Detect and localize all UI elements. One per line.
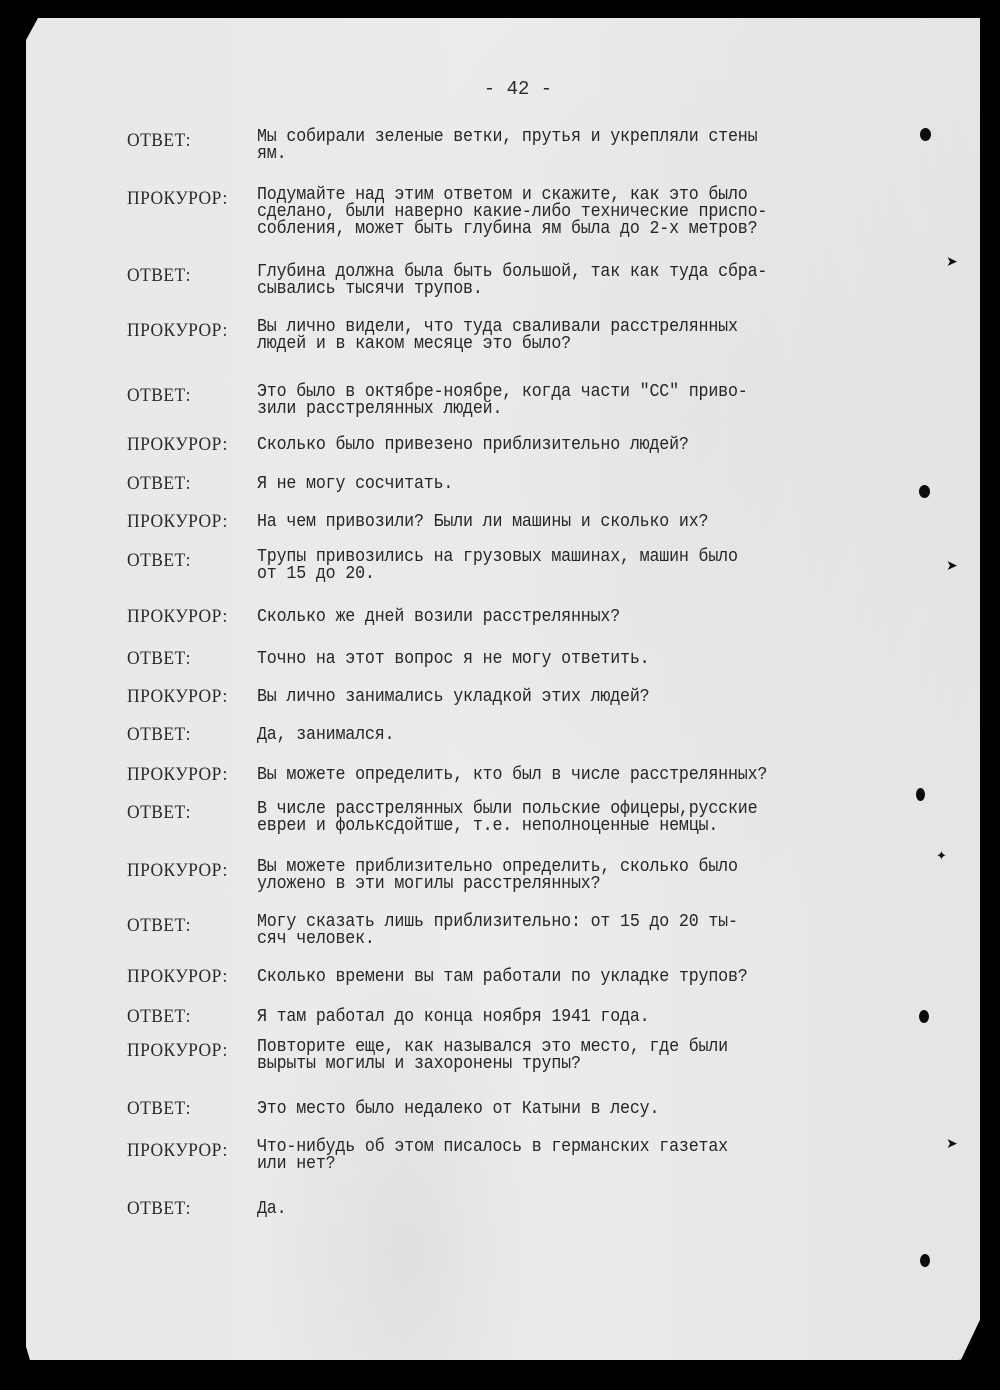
speaker-label: ПРОКУРОР: xyxy=(127,322,247,352)
entry-text: Я там работал до конца ноября 1941 года. xyxy=(257,1008,878,1025)
speaker-label: ОТВЕТ: xyxy=(127,650,247,667)
speaker-label: ПРОКУРОР: xyxy=(127,1142,247,1172)
transcript-entry: ОТВЕТ:Я там работал до конца ноября 1941… xyxy=(127,1008,947,1025)
speaker-label: ОТВЕТ: xyxy=(127,1100,247,1117)
entry-text: Это было в октябре-ноябре, когда части "… xyxy=(257,383,878,417)
transcript-entry: ОТВЕТ:Могу сказать лишь приблизительно: … xyxy=(127,913,947,947)
entry-text: Да, занимался. xyxy=(257,726,878,743)
transcript-entry: ПРОКУРОР:Вы лично видели, что туда свали… xyxy=(127,318,947,352)
speaker-label: ОТВЕТ: xyxy=(127,387,247,417)
speaker-label: ПРОКУРОР: xyxy=(127,608,247,625)
transcript-entry: ОТВЕТ:Я не могу сосчитать. xyxy=(127,475,947,492)
speaker-label: ПРОКУРОР: xyxy=(127,766,247,783)
transcript-entry: ОТВЕТ:Точно на этот вопрос я не могу отв… xyxy=(127,650,947,667)
transcript-entry: ПРОКУРОР:Сколько времени вы там работали… xyxy=(127,968,947,985)
entry-text: Что-нибудь об этом писалось в германских… xyxy=(257,1138,878,1172)
transcript-entry: ОТВЕТ:Это место было недалеко от Катыни … xyxy=(127,1100,947,1117)
transcript-entry: ПРОКУРОР:Сколько же дней возили расстрел… xyxy=(127,608,947,625)
speaker-label: ПРОКУРОР: xyxy=(127,968,247,985)
transcript-entry: ПРОКУРОР:Вы можете приблизительно опреде… xyxy=(127,858,947,892)
speaker-label: ОТВЕТ: xyxy=(127,804,247,834)
entry-text: Глубина должна была быть большой, так ка… xyxy=(257,263,878,297)
punch-hole-icon xyxy=(920,128,931,141)
entry-text: Мы собирали зеленые ветки, прутья и укре… xyxy=(257,128,878,162)
transcript-entry: ОТВЕТ:В числе расстрелянных были польски… xyxy=(127,800,947,834)
speaker-label: ПРОКУРОР: xyxy=(127,1042,247,1072)
arrow-mark-icon: ➤ xyxy=(946,1136,958,1152)
entry-text: Вы лично видели, что туда сваливали расс… xyxy=(257,318,878,352)
punch-hole-icon xyxy=(916,788,925,801)
entry-text: Точно на этот вопрос я не могу ответить. xyxy=(257,650,878,667)
punch-hole-icon xyxy=(919,1010,929,1023)
entry-text: Вы лично занимались укладкой этих людей? xyxy=(257,688,878,705)
speaker-label: ОТВЕТ: xyxy=(127,1200,247,1217)
transcript-entry: ОТВЕТ:Трупы привозились на грузовых маши… xyxy=(127,548,947,582)
speaker-label: ПРОКУРОР: xyxy=(127,190,247,237)
punch-hole-icon xyxy=(919,485,930,498)
transcript-entry: ОТВЕТ:Да. xyxy=(127,1200,947,1217)
arrow-mark-icon: ➤ xyxy=(946,254,958,270)
speaker-label: ОТВЕТ: xyxy=(127,552,247,582)
speaker-label: ОТВЕТ: xyxy=(127,475,247,492)
transcript-entry: ПРОКУРОР:Вы лично занимались укладкой эт… xyxy=(127,688,947,705)
transcript-entry: ПРОКУРОР:На чем привозили? Были ли машин… xyxy=(127,513,947,530)
transcript-entry: ОТВЕТ:Это было в октябре-ноябре, когда ч… xyxy=(127,383,947,417)
transcript-entry: ПРОКУРОР:Вы можете определить, кто был в… xyxy=(127,766,947,783)
speaker-label: ОТВЕТ: xyxy=(127,726,247,743)
speaker-label: ПРОКУРОР: xyxy=(127,688,247,705)
entry-text: Сколько было привезено приблизительно лю… xyxy=(257,436,878,453)
entry-text: Вы можете определить, кто был в числе ра… xyxy=(257,766,878,783)
entry-text: Это место было недалеко от Катыни в лесу… xyxy=(257,1100,878,1117)
entry-text: Вы можете приблизительно определить, ско… xyxy=(257,858,878,892)
speaker-label: ПРОКУРОР: xyxy=(127,862,247,892)
entry-text: На чем привозили? Были ли машины и сколь… xyxy=(257,513,878,530)
transcript-entry: ПРОКУРОР:Повторите еще, как назывался эт… xyxy=(127,1038,947,1072)
transcript-entry: ОТВЕТ:Мы собирали зеленые ветки, прутья … xyxy=(127,128,947,162)
speaker-label: ОТВЕТ: xyxy=(127,132,247,162)
speaker-label: ОТВЕТ: xyxy=(127,917,247,947)
page-number: - 42 - xyxy=(26,78,980,100)
entry-text: Сколько же дней возили расстрелянных? xyxy=(257,608,878,625)
entry-text: Да. xyxy=(257,1200,878,1217)
transcript-entry: ОТВЕТ:Глубина должна была быть большой, … xyxy=(127,263,947,297)
speaker-label: ПРОКУРОР: xyxy=(127,436,247,453)
entry-text: Я не могу сосчитать. xyxy=(257,475,878,492)
entry-text: Повторите еще, как назывался это место, … xyxy=(257,1038,878,1072)
arrow-mark-icon: ➤ xyxy=(946,558,958,574)
entry-text: Сколько времени вы там работали по уклад… xyxy=(257,968,878,985)
entry-text: Подумайте над этим ответом и скажите, ка… xyxy=(257,186,878,237)
star-mark-icon: ✦ xyxy=(936,849,947,864)
entry-text: Могу сказать лишь приблизительно: от 15 … xyxy=(257,913,878,947)
transcript-entry: ПРОКУРОР:Подумайте над этим ответом и ск… xyxy=(127,186,947,237)
transcript-entry: ОТВЕТ:Да, занимался. xyxy=(127,726,947,743)
entry-text: Трупы привозились на грузовых машинах, м… xyxy=(257,548,878,582)
entry-text: В числе расстрелянных были польские офиц… xyxy=(257,800,878,834)
transcript-entry: ПРОКУРОР:Что-нибудь об этом писалось в г… xyxy=(127,1138,947,1172)
speaker-label: ОТВЕТ: xyxy=(127,267,247,297)
speaker-label: ПРОКУРОР: xyxy=(127,513,247,530)
document-page: - 42 - ОТВЕТ:Мы собирали зеленые ветки, … xyxy=(26,18,980,1360)
punch-hole-icon xyxy=(920,1254,930,1267)
transcript-entry: ПРОКУРОР:Сколько было привезено приблизи… xyxy=(127,436,947,453)
speaker-label: ОТВЕТ: xyxy=(127,1008,247,1025)
